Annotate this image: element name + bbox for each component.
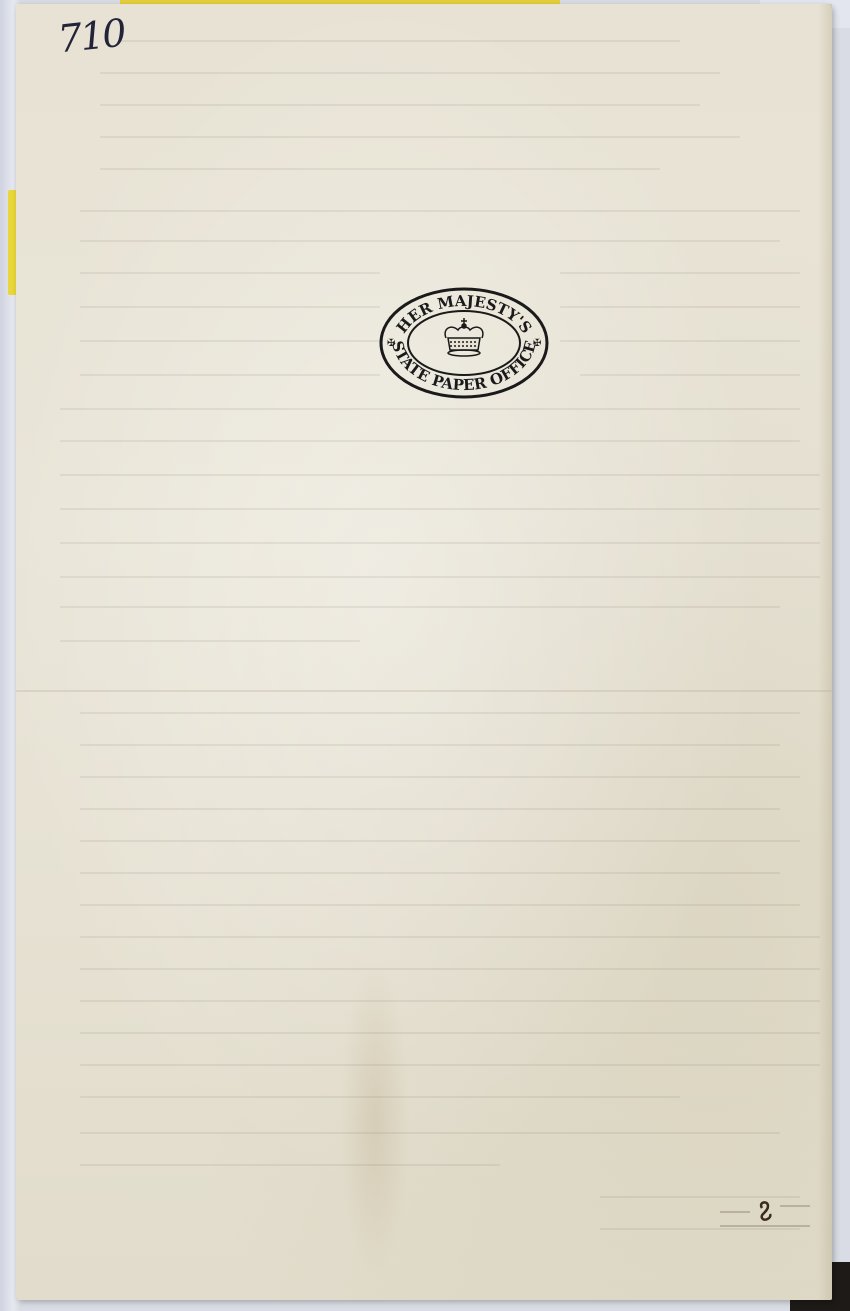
signature-ink-mark (720, 1190, 820, 1230)
page-edge-shadow (818, 4, 832, 1300)
state-paper-office-stamp: HER MAJESTY'S STATE PAPER OFFICE ✠ ✠ (378, 286, 550, 400)
faint-bleedthrough-text (40, 0, 820, 1300)
stamp-cross-right-icon: ✠ (533, 338, 541, 349)
crown-icon (445, 318, 483, 356)
folio-number: 710 (56, 11, 127, 62)
stamp-cross-left-icon: ✠ (387, 338, 395, 349)
